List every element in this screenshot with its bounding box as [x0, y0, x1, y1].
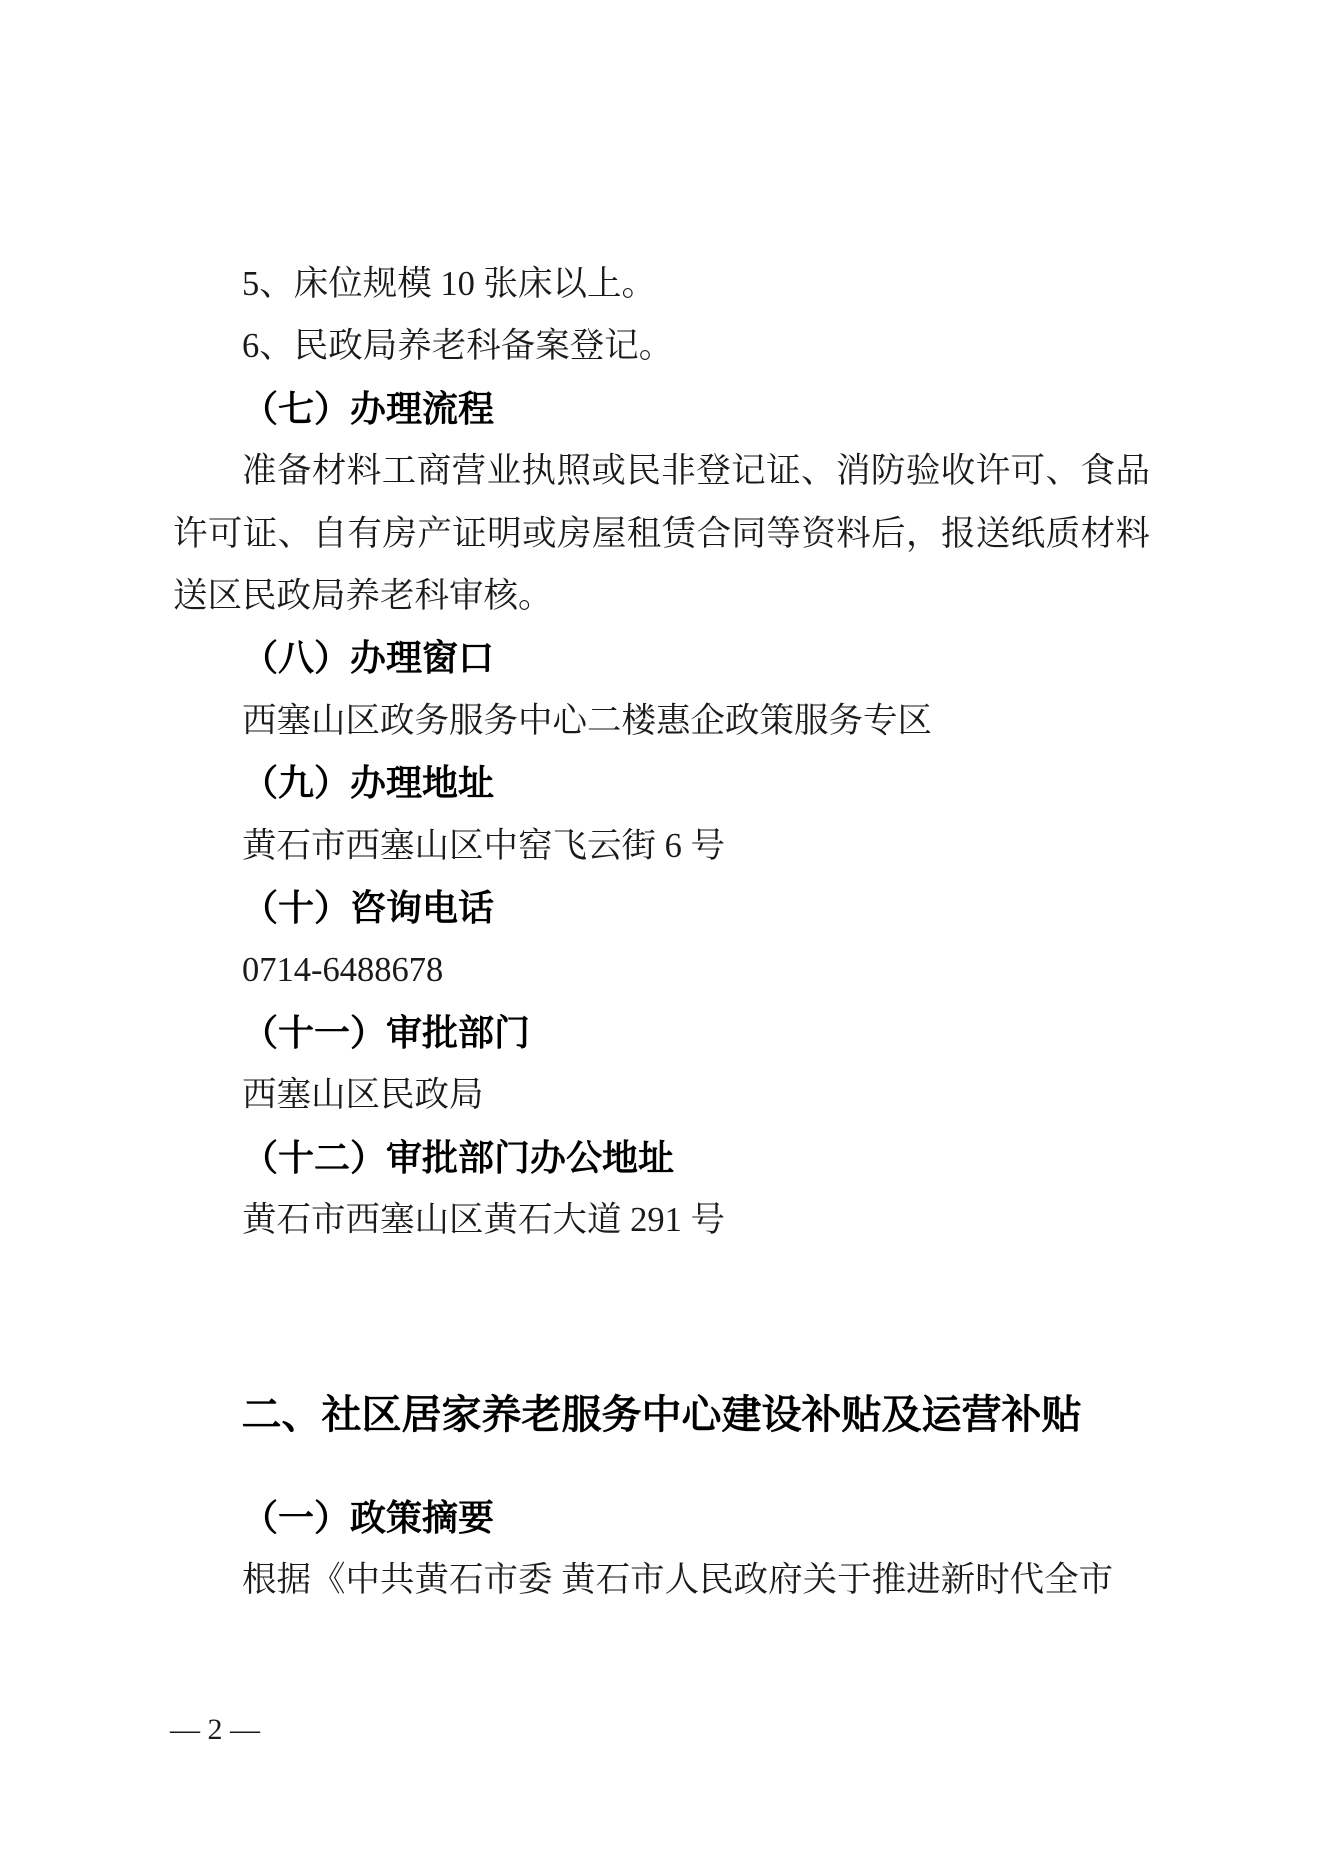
heading-section-9-address: （九）办理地址: [173, 752, 1150, 814]
heading-section-8-window: （八）办理窗口: [173, 627, 1150, 689]
document-page: 5、床位规模 10 张床以上。 6、民政局养老科备案登记。 （七）办理流程 准备…: [0, 0, 1323, 1871]
paragraph-service-window: 西塞山区政务服务中心二楼惠企政策服务专区: [173, 690, 1150, 752]
paragraph-process-line-3: 送区民政局养老科审核。: [173, 565, 1150, 627]
heading-section-10-phone: （十）咨询电话: [173, 877, 1150, 939]
paragraph-process-line-1: 准备材料工商营业执照或民非登记证、消防验收许可、食品: [173, 440, 1150, 502]
paragraph-department-address: 黄石市西塞山区黄石大道 291 号: [173, 1189, 1150, 1251]
heading-section-11-approval-dept: （十一）审批部门: [173, 1002, 1150, 1064]
paragraph-handling-address: 黄石市西塞山区中窑飞云街 6 号: [173, 815, 1150, 877]
heading-policy-summary: （一）政策摘要: [173, 1487, 1150, 1549]
paragraph-process-line-2: 许可证、自有房产证明或房屋租赁合同等资料后，报送纸质材料: [173, 503, 1150, 565]
heading-section-12-dept-address: （十二）审批部门办公地址: [173, 1127, 1150, 1189]
page-number: — 2 —: [170, 1709, 260, 1751]
heading-section-7-process: （七）办理流程: [173, 378, 1150, 440]
paragraph-policy-intro: 根据《中共黄石市委 黄石市人民政府关于推进新时代全市: [173, 1549, 1150, 1611]
paragraph-phone-number: 0714-6488678: [173, 939, 1150, 1001]
paragraph-approval-department: 西塞山区民政局: [173, 1064, 1150, 1126]
list-item-6: 6、民政局养老科备案登记。: [173, 315, 1150, 377]
document-body: 5、床位规模 10 张床以上。 6、民政局养老科备案登记。 （七）办理流程 准备…: [173, 253, 1150, 1612]
list-item-5: 5、床位规模 10 张床以上。: [173, 253, 1150, 315]
section-2-title: 二、社区居家养老服务中心建设补贴及运营补贴: [173, 1384, 1150, 1446]
